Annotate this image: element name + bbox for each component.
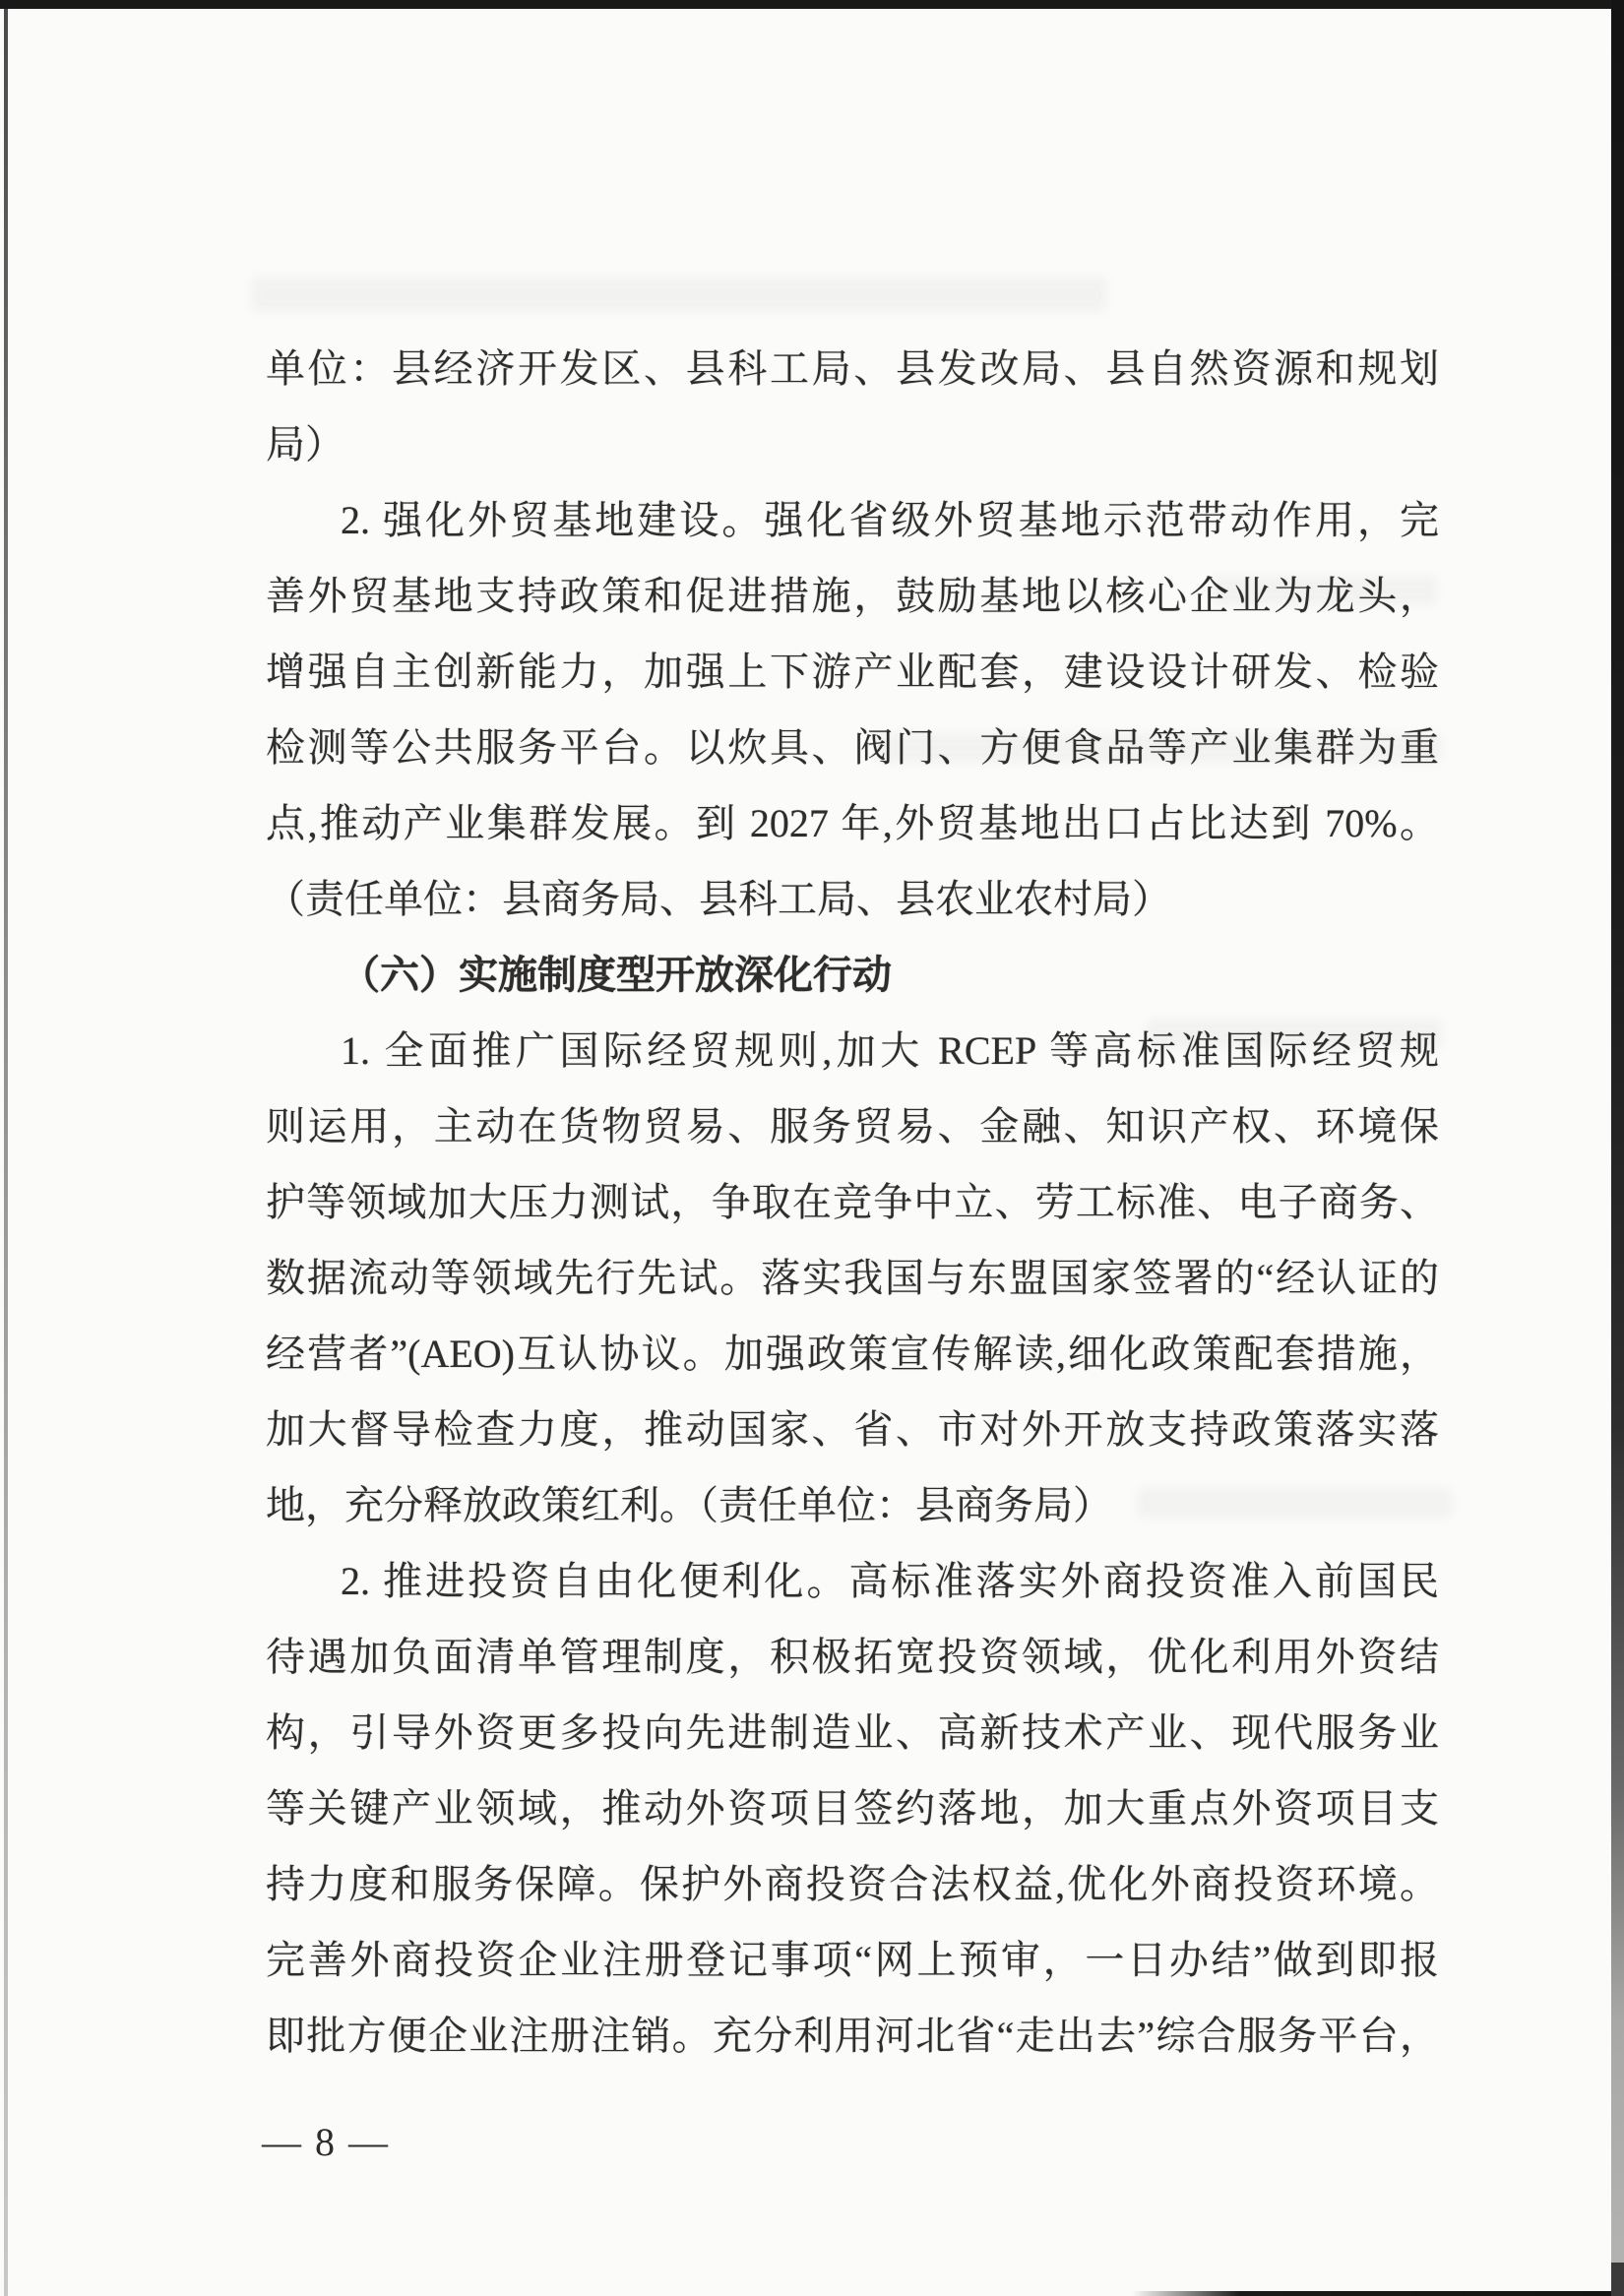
text-line: 完善外商投资企业注册登记事项“网上预审，一日办结”做到即报	[266, 1922, 1439, 1998]
scan-edge-bottom-right	[1132, 2291, 1624, 2296]
text-line: 则运用，主动在货物贸易、服务贸易、金融、知识产权、环境保	[266, 1088, 1439, 1164]
text-line: 善外贸基地支持政策和促进措施，鼓励基地以核心企业为龙头，	[266, 558, 1439, 634]
text-line: 即批方便企业注册注销。充分利用河北省“走出去”综合服务平台，	[266, 1998, 1439, 2074]
text-line: 待遇加负面清单管理制度，积极拓宽投资领域，优化利用外资结	[266, 1619, 1439, 1695]
text-line: 加大督导检查力度，推动国家、省、市对外开放支持政策落实落	[266, 1392, 1439, 1467]
text-line: 局）	[266, 406, 1439, 482]
text-line: 点,推动产业集群发展。到 2027 年,外贸基地出口占比达到 70%。	[266, 785, 1439, 861]
text-line: 2. 推进投资自由化便利化。高标准落实外商投资准入前国民	[266, 1543, 1439, 1619]
text-line: 检测等公共服务平台。以炊具、阀门、方便食品等产业集群为重	[266, 710, 1439, 785]
text-line: 地，充分释放政策红利。（责任单位：县商务局）	[266, 1467, 1439, 1543]
bleed-through-artifact	[251, 277, 1107, 312]
text-line: 数据流动等领域先行先试。落实我国与东盟国家签署的“经认证的	[266, 1240, 1439, 1316]
text-line: 持力度和服务保障。保护外商投资合法权益,优化外商投资环境。	[266, 1846, 1439, 1922]
text-line: 单位：县经济开发区、县科工局、县发改局、县自然资源和规划	[266, 331, 1439, 406]
text-line: 1. 全面推广国际经贸规则,加大 RCEP 等高标准国际经贸规	[266, 1013, 1439, 1088]
text-line: 护等领域加大压力测试，争取在竞争中立、劳工标准、电子商务、	[266, 1164, 1439, 1240]
page-number: — 8 —	[262, 2104, 390, 2180]
scan-edge-left	[4, 9, 8, 2296]
text-line: （六）实施制度型开放深化行动	[266, 937, 1439, 1013]
scanned-document-page: 单位：县经济开发区、县科工局、县发改局、县自然资源和规划局）2. 强化外贸基地建…	[0, 0, 1624, 2296]
text-line: 增强自主创新能力，加强上下游产业配套，建设设计研发、检验	[266, 634, 1439, 710]
text-line: （责任单位：县商务局、县科工局、县农业农村局）	[266, 861, 1439, 937]
text-line: 经营者”(AEO)互认协议。加强政策宣传解读,细化政策配套措施，	[266, 1316, 1439, 1392]
scan-corner-bottom-right	[1611, 2263, 1624, 2296]
scan-edge-top	[0, 0, 1624, 9]
document-body: 单位：县经济开发区、县科工局、县发改局、县自然资源和规划局）2. 强化外贸基地建…	[266, 331, 1439, 2074]
scan-edge-right	[1611, 0, 1624, 2296]
text-line: 等关键产业领域，推动外资项目签约落地，加大重点外资项目支	[266, 1770, 1439, 1846]
text-line: 2. 强化外贸基地建设。强化省级外贸基地示范带动作用，完	[266, 482, 1439, 558]
text-line: 构，引导外资更多投向先进制造业、高新技术产业、现代服务业	[266, 1695, 1439, 1770]
